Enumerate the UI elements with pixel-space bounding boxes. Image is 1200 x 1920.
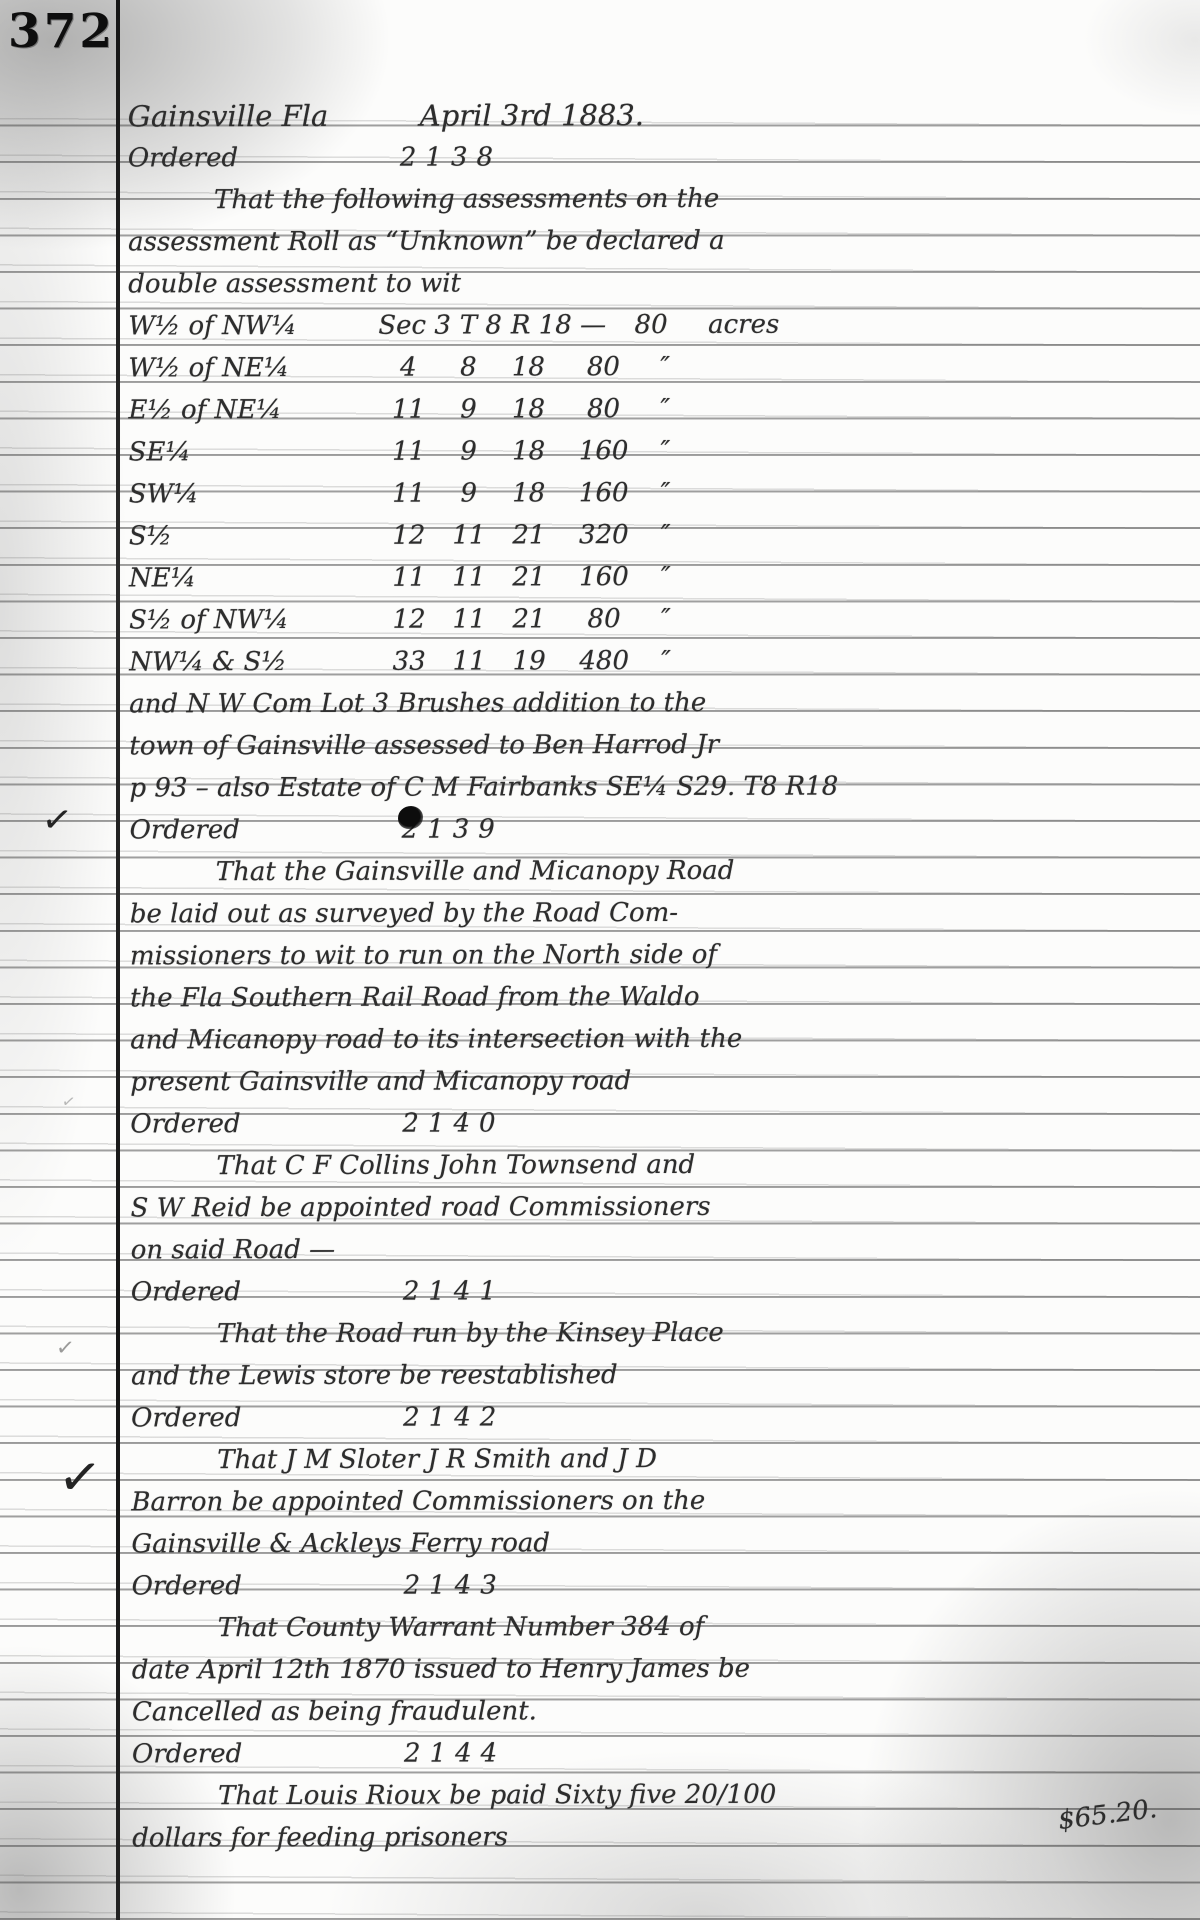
order-heading: Ordered2141: [131, 1269, 1191, 1314]
assessment-cell: 11: [439, 640, 499, 682]
assessment-cell: SW¼: [129, 473, 379, 516]
assessment-cell: 11: [439, 598, 499, 640]
order-label: Ordered: [131, 1277, 241, 1307]
assessment-row: W½ of NE¼481880″: [128, 345, 1188, 390]
assessment-cell: 21: [499, 514, 559, 556]
order-label: Ordered: [131, 1403, 241, 1433]
assessment-cell: acres: [696, 303, 1188, 346]
dateline-place: Gainsville Fla: [128, 99, 329, 134]
assessment-cell: 80: [606, 304, 696, 346]
assessment-cell: ″: [649, 471, 1189, 514]
assessment-cell: ″: [648, 345, 1188, 388]
order-label: Ordered: [132, 1739, 242, 1769]
order-heading: Ordered2142: [131, 1395, 1191, 1440]
order-heading: Ordered2140: [130, 1101, 1190, 1146]
check-mark: ✓: [55, 1446, 105, 1510]
manuscript: Gainsville FlaApril 3rd 1883.Ordered2138…: [128, 93, 1193, 1860]
assessment-cell: 9: [438, 388, 498, 430]
assessment-row: NW¼ & S½331119480″: [129, 639, 1189, 684]
check-mark: ✓: [55, 1335, 76, 1362]
order-label: Ordered: [130, 815, 240, 845]
assessment-row: SW¼11918160″: [129, 471, 1189, 516]
assessment-cell: ″: [649, 555, 1189, 598]
assessment-row: S½ of NW¼12112180″: [129, 597, 1189, 642]
manuscript-line: missioners to wit to run on the North si…: [130, 933, 1190, 978]
ink-blot: [398, 806, 423, 829]
manuscript-line: S W Reid be appointed road Commissioners: [131, 1185, 1191, 1230]
assessment-cell: 320: [559, 514, 649, 556]
order-number: 2140: [402, 1102, 504, 1144]
assessment-cell: 11: [379, 473, 439, 515]
assessment-cell: 12: [379, 515, 439, 557]
manuscript-line: dollars for feeding prisoners: [132, 1815, 1192, 1860]
assessment-cell: 4: [378, 347, 438, 389]
manuscript-line: town of Gainsville assessed to Ben Harro…: [129, 723, 1189, 768]
order-label: Ordered: [130, 1109, 240, 1139]
manuscript-line: present Gainsville and Micanopy road: [130, 1059, 1190, 1104]
assessment-cell: 33: [379, 641, 439, 683]
dateline-date: April 3rd 1883.: [420, 94, 644, 137]
assessment-cell: 18: [498, 388, 558, 430]
assessment-cell: 80: [559, 598, 649, 640]
assessment-cell: 11: [379, 557, 439, 599]
order-heading: Ordered2139: [130, 807, 1190, 852]
assessment-cell: ″: [648, 387, 1188, 430]
page-number: 372: [8, 4, 115, 59]
assessment-cell: 18: [499, 430, 559, 472]
order-label: Ordered: [132, 1571, 242, 1601]
manuscript-line: and Micanopy road to its intersection wi…: [130, 1017, 1190, 1062]
assessment-cell: Sec 3: [378, 305, 451, 347]
order-label: Ordered: [128, 143, 238, 173]
assessment-cell: 18: [498, 346, 558, 388]
order-number: 2138: [400, 136, 502, 178]
manuscript-line: That the Road run by the Kinsey Place: [131, 1311, 1191, 1356]
margin-rule: [116, 0, 120, 1920]
dateline: Gainsville FlaApril 3rd 1883.: [128, 93, 1188, 138]
assessment-cell: 480: [559, 640, 649, 682]
manuscript-line: and N W Com Lot 3 Brushes addition to th…: [129, 681, 1189, 726]
manuscript-line: Barron be appointed Commissioners on the: [131, 1479, 1191, 1524]
assessment-row: W½ of NW¼Sec 3T 8R 18 —80acres: [128, 303, 1188, 348]
assessment-cell: T 8: [451, 304, 511, 346]
assessment-cell: 21: [499, 598, 559, 640]
assessment-cell: 8: [438, 346, 498, 388]
assessment-cell: 18: [499, 472, 559, 514]
assessment-cell: 11: [439, 514, 499, 556]
manuscript-line: That C F Collins John Townsend and: [130, 1143, 1190, 1188]
assessment-cell: 80: [558, 346, 648, 388]
assessment-cell: 11: [439, 556, 499, 598]
assessment-cell: 11: [378, 389, 438, 431]
assessment-cell: 160: [559, 472, 649, 514]
order-heading: Ordered2143: [132, 1563, 1192, 1608]
manuscript-line: double assessment to wit: [128, 261, 1188, 306]
assessment-cell: 21: [499, 556, 559, 598]
assessment-row: NE¼111121160″: [129, 555, 1189, 600]
assessment-row: SE¼11918160″: [129, 429, 1189, 474]
assessment-cell: S½: [129, 515, 379, 558]
assessment-cell: R 18 —: [511, 304, 606, 346]
assessment-cell: 12: [379, 599, 439, 641]
assessment-cell: 11: [379, 431, 439, 473]
order-number: 2143: [404, 1564, 506, 1606]
order-number: 2141: [403, 1270, 505, 1312]
manuscript-line: That Louis Rioux be paid Sixty five 20/1…: [132, 1773, 1192, 1818]
assessment-cell: S½ of NW¼: [129, 599, 379, 642]
assessment-cell: ″: [649, 513, 1189, 556]
manuscript-line: That County Warrant Number 384 of: [132, 1605, 1192, 1650]
assessment-cell: 160: [559, 556, 649, 598]
order-heading: Ordered2144: [132, 1731, 1192, 1776]
manuscript-line: That J M Sloter J R Smith and J D: [131, 1437, 1191, 1482]
assessment-cell: 9: [439, 472, 499, 514]
manuscript-line: assessment Roll as “Unknown” be declared…: [128, 219, 1188, 264]
assessment-cell: 19: [499, 640, 559, 682]
check-mark: ✓: [39, 798, 75, 843]
assessment-cell: 160: [559, 430, 649, 472]
assessment-cell: ″: [649, 639, 1189, 682]
manuscript-line: and the Lewis store be reestablished: [131, 1353, 1191, 1398]
assessment-cell: 80: [558, 388, 648, 430]
assessment-cell: W½ of NW¼: [128, 305, 378, 348]
ledger-page: 372 Gainsville FlaApril 3rd 1883.Ordered…: [0, 0, 1200, 1920]
manuscript-line: That the Gainsville and Micanopy Road: [130, 849, 1190, 894]
assessment-row: E½ of NE¼1191880″: [128, 387, 1188, 432]
order-number: 2144: [404, 1732, 506, 1774]
manuscript-line: That the following assessments on the: [128, 177, 1188, 222]
assessment-row: S½121121320″: [129, 513, 1189, 558]
order-number: 2142: [403, 1396, 505, 1438]
assessment-cell: SE¼: [129, 431, 379, 474]
manuscript-line: date April 12th 1870 issued to Henry Jam…: [132, 1647, 1192, 1692]
manuscript-line: on said Road —: [131, 1227, 1191, 1272]
assessment-cell: E½ of NE¼: [128, 389, 378, 432]
assessment-cell: 9: [439, 430, 499, 472]
assessment-cell: NE¼: [129, 557, 379, 600]
manuscript-line: Cancelled as being fraudulent.: [132, 1689, 1192, 1734]
manuscript-line: p 93 – also Estate of C M Fairbanks SE¼ …: [129, 765, 1189, 810]
manuscript-line: be laid out as surveyed by the Road Com-: [130, 891, 1190, 936]
manuscript-line: the Fla Southern Rail Road from the Wald…: [130, 975, 1190, 1020]
manuscript-line: Gainsville & Ackleys Ferry road: [131, 1521, 1191, 1566]
order-heading: Ordered2138: [128, 135, 1188, 180]
assessment-cell: W½ of NE¼: [128, 347, 378, 390]
assessment-cell: ″: [649, 429, 1189, 472]
assessment-cell: ″: [649, 597, 1189, 640]
assessment-cell: NW¼ & S½: [129, 641, 379, 684]
